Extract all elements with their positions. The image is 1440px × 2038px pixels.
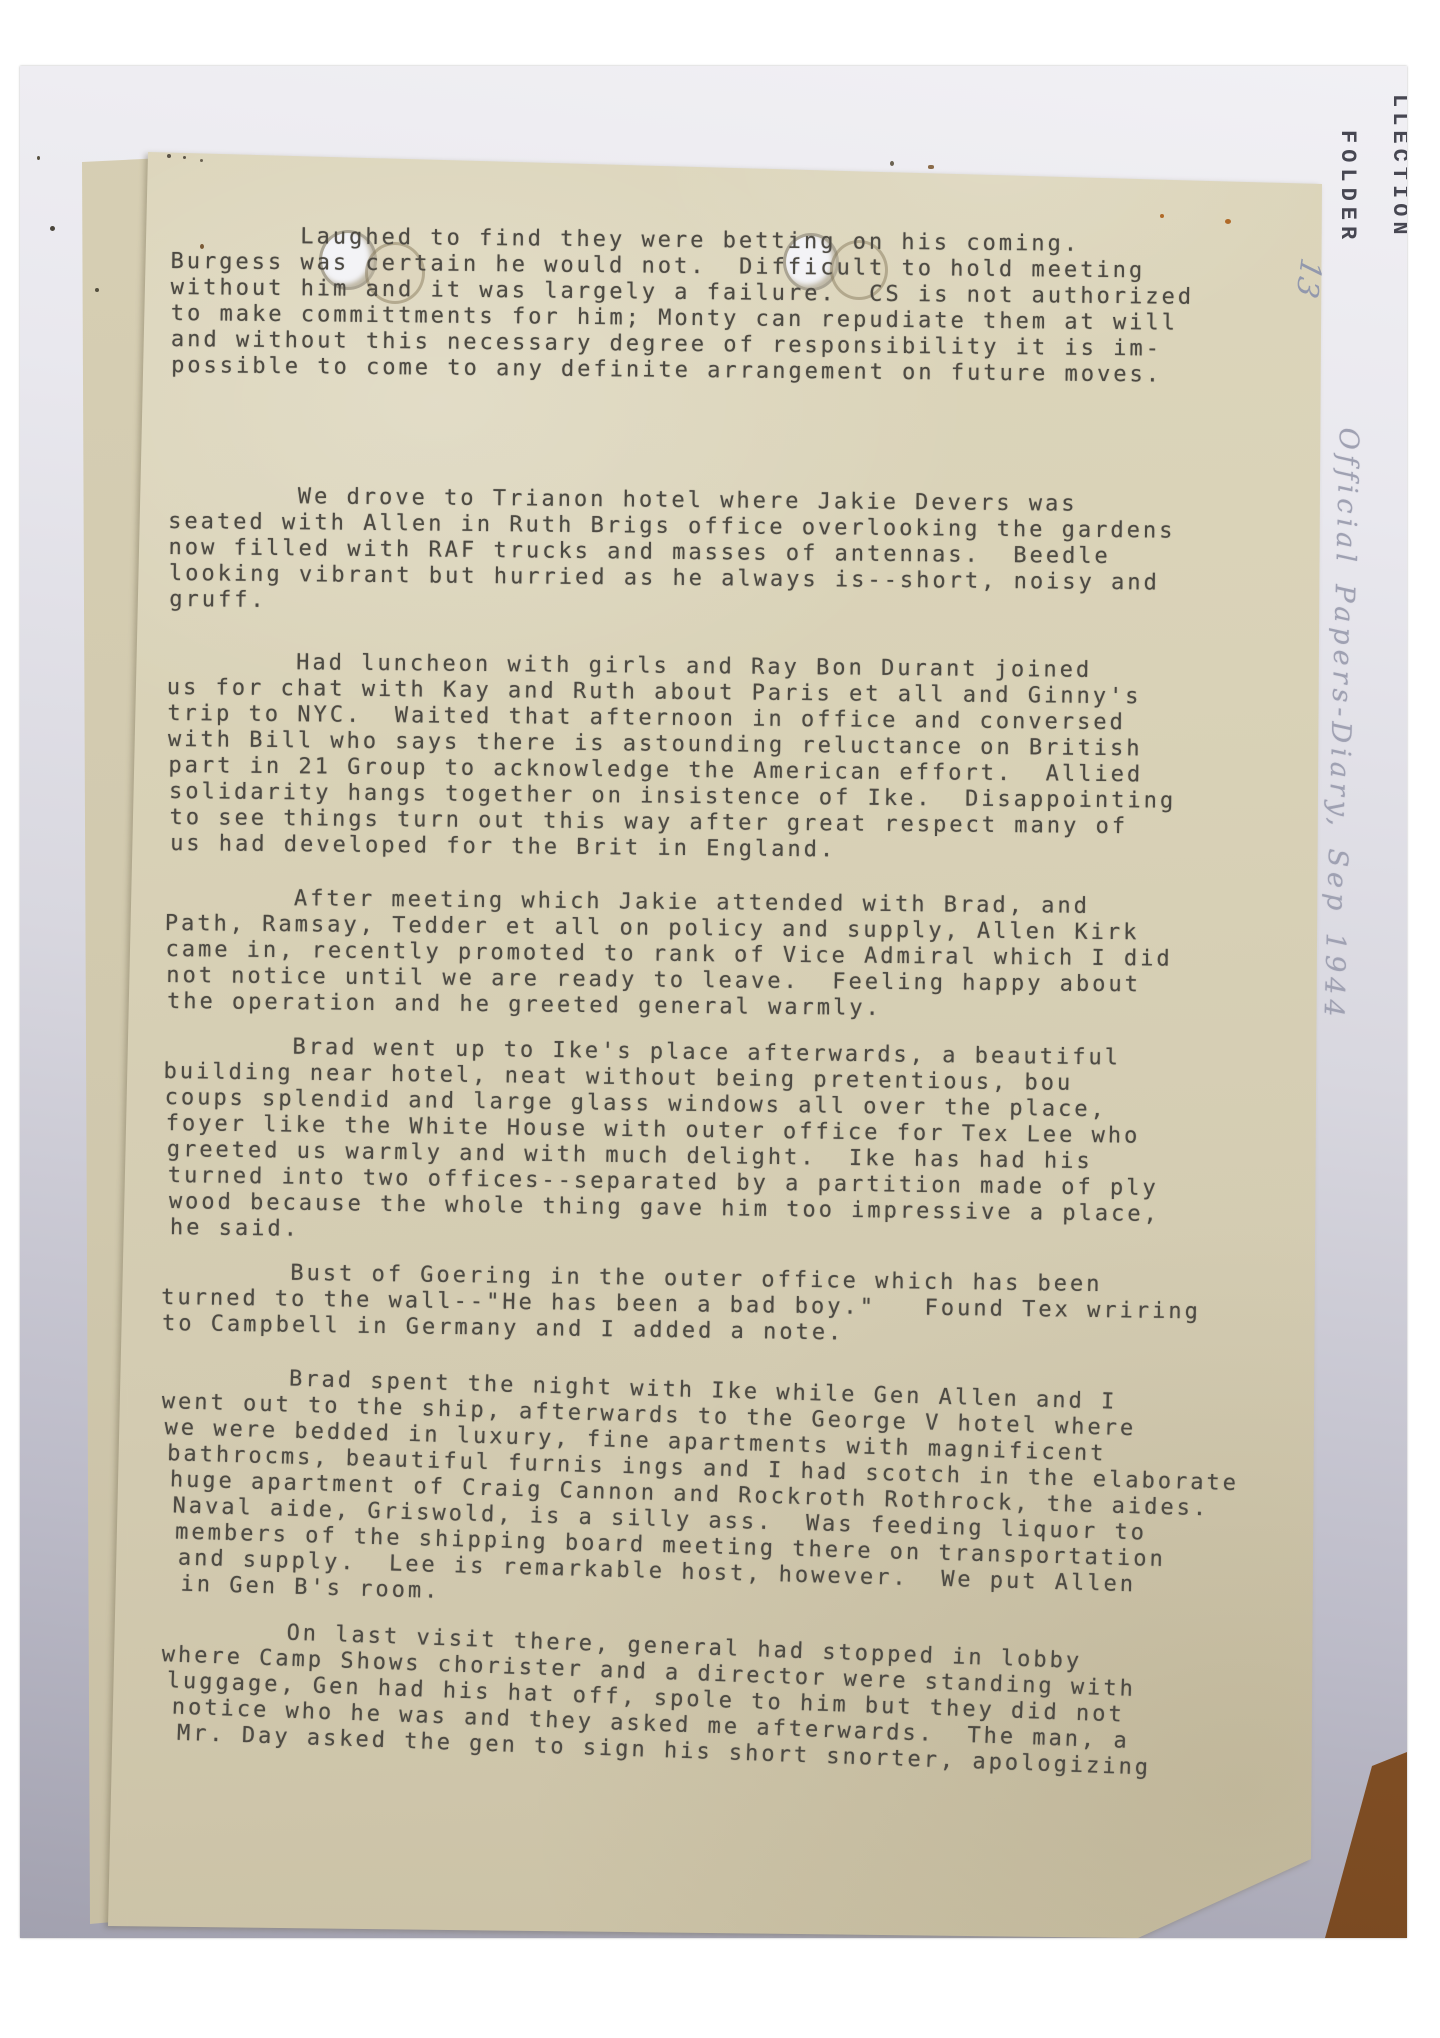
typescript-paragraph: On last visit there, general had stopped…: [152, 1616, 1155, 1782]
scan-page: { "photo": { "corner_label": { "collecti…: [0, 0, 1440, 2038]
typescript-paragraph: Brad went up to Ike's place afterwards, …: [160, 1033, 1162, 1254]
paper-speck: [890, 161, 894, 166]
collection-stamp-text: LLECTION: [1386, 94, 1407, 240]
rust-speck: [1225, 219, 1231, 224]
typescript-paragraph: Brad spent the night with Ike while Gen …: [153, 1363, 1241, 1627]
folder-stamp-text: FOLDER: [1334, 130, 1360, 245]
rust-speck: [200, 244, 204, 249]
typescript-text-block: Laughed to find they were betting on his…: [154, 66, 1352, 1937]
typescript-paragraph: We drove to Trianon hotel where Jakie De…: [167, 483, 1176, 623]
typescript-paragraph: Bust of Goering in the outer office whic…: [159, 1259, 1201, 1352]
typescript-paragraph: After meeting which Jakie attended with …: [163, 885, 1173, 1025]
typescript-paragraph: Laughed to find they were betting on his…: [169, 223, 1195, 389]
paper-speck: [95, 288, 99, 292]
paper-speck: [50, 226, 55, 231]
paper-speck: [928, 165, 934, 169]
typescript-paragraph: Had luncheon with girls and Ray Bon Dura…: [164, 649, 1177, 867]
photograph-of-document: Laughed to find they were betting on his…: [20, 66, 1407, 1938]
paper-speck: [37, 156, 40, 160]
paper-speck: [183, 156, 186, 159]
paper-speck: [200, 159, 203, 162]
paper-speck: [167, 154, 171, 158]
rust-speck: [1160, 214, 1164, 218]
